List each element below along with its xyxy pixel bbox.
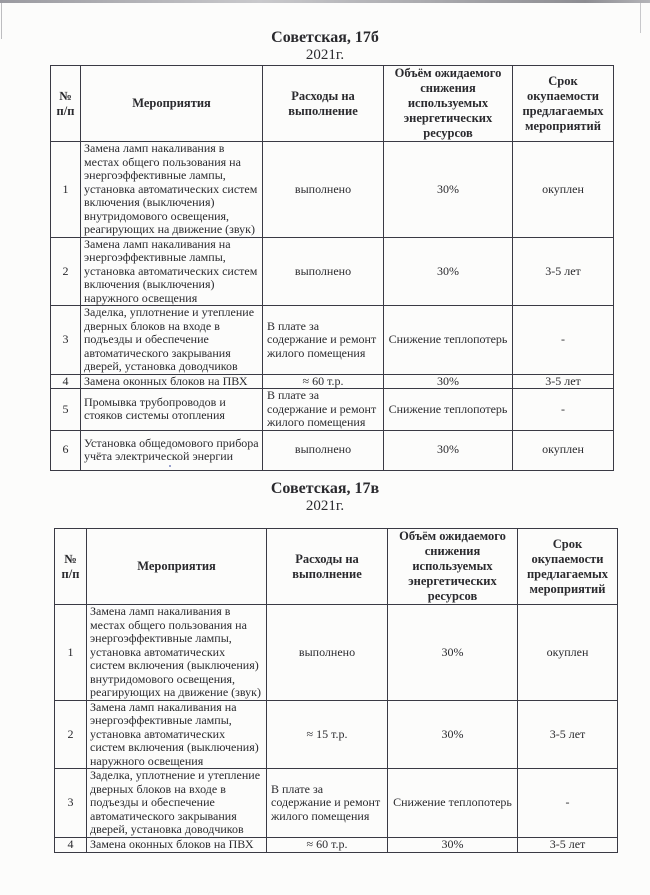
row-cost: выполнено — [263, 430, 384, 470]
row-payback: - — [513, 389, 614, 431]
row-cost: В плате за содержание и ремонт жилого по… — [263, 306, 384, 375]
row-payback: - — [518, 769, 618, 838]
table-row: 3 Заделка, уплотнение и утепление дверны… — [51, 306, 614, 375]
row-payback: - — [513, 306, 614, 375]
table-row: 1 Замена ламп накаливания в местах общег… — [51, 142, 614, 238]
row-activity: Замена ламп накаливания в местах общего … — [87, 605, 267, 701]
row-payback: 3-5 лет — [513, 237, 614, 306]
section-year: 2021г. — [0, 498, 650, 515]
scan-speck — [169, 465, 171, 467]
row-activity: Промывка трубопроводов и стояков системы… — [81, 389, 263, 431]
table-row: 5 Промывка трубопроводов и стояков систе… — [51, 389, 614, 431]
table-header-row: № п/п Мероприятия Расходы на выполнение … — [51, 66, 614, 142]
table-row: 1 Замена ламп накаливания в местах общег… — [55, 605, 618, 701]
table-row: 2 Замена ламп накаливания на энергоэффек… — [51, 237, 614, 306]
scan-edge-top — [0, 0, 650, 3]
row-activity: Замена оконных блоков на ПВХ — [81, 374, 263, 389]
table-row: 4 Замена оконных блоков на ПВХ ≈ 60 т.р.… — [55, 838, 618, 853]
col-header-reduction: Объём ожидаемого снижения используемых э… — [384, 66, 513, 142]
section-heading-17v: Советская, 17в 2021г. — [0, 480, 650, 515]
row-num: 1 — [51, 142, 81, 238]
table-row: 4 Замена оконных блоков на ПВХ ≈ 60 т.р.… — [51, 374, 614, 389]
row-activity: Замена оконных блоков на ПВХ — [87, 838, 267, 853]
row-reduction: 30% — [384, 142, 513, 238]
row-reduction: Снижение теплопотерь — [384, 306, 513, 375]
row-reduction: 30% — [388, 700, 518, 769]
col-header-payback: Срок окупаемости предлагаемых мероприяти… — [513, 66, 614, 142]
row-num: 5 — [51, 389, 81, 431]
row-num: 2 — [55, 700, 87, 769]
col-header-reduction: Объём ожидаемого снижения используемых э… — [388, 529, 518, 605]
row-num: 2 — [51, 237, 81, 306]
col-header-num: № п/п — [55, 529, 87, 605]
row-reduction: Снижение теплопотерь — [388, 769, 518, 838]
row-reduction: Снижение теплопотерь — [384, 389, 513, 431]
row-activity: Заделка, уплотнение и утепление дверных … — [81, 306, 263, 375]
row-reduction: 30% — [384, 374, 513, 389]
table-row: 2 Замена ламп накаливания на энергоэффек… — [55, 700, 618, 769]
row-payback: 3-5 лет — [513, 374, 614, 389]
row-payback: 3-5 лет — [518, 700, 618, 769]
energy-plan-table-17v: № п/п Мероприятия Расходы на выполнение … — [54, 528, 618, 853]
table-row: 3 Заделка, уплотнение и утепление дверны… — [55, 769, 618, 838]
col-header-activity: Мероприятия — [87, 529, 267, 605]
row-num: 3 — [55, 769, 87, 838]
section-address: Советская, 17б — [0, 29, 650, 47]
row-reduction: 30% — [388, 838, 518, 853]
row-cost: выполнено — [267, 605, 388, 701]
row-cost: В плате за содержание и ремонт жилого по… — [267, 769, 388, 838]
row-reduction: 30% — [388, 605, 518, 701]
row-num: 6 — [51, 430, 81, 470]
row-reduction: 30% — [384, 430, 513, 470]
row-activity: Замена ламп накаливания в местах общего … — [81, 142, 263, 238]
row-cost: ≈ 60 т.р. — [267, 838, 388, 853]
energy-plan-table-17b: № п/п Мероприятия Расходы на выполнение … — [50, 65, 614, 471]
col-header-num: № п/п — [51, 66, 81, 142]
row-cost: В плате за содержание и ремонт жилого по… — [263, 389, 384, 431]
col-header-payback: Срок окупаемости предлагаемых мероприяти… — [518, 529, 618, 605]
row-cost: выполнено — [263, 142, 384, 238]
row-payback: окуплен — [518, 605, 618, 701]
row-activity: Заделка, уплотнение и утепление дверных … — [87, 769, 267, 838]
row-num: 3 — [51, 306, 81, 375]
row-activity: Замена ламп накаливания на энергоэффекти… — [87, 700, 267, 769]
table-row: 6 Установка общедомового прибора учёта э… — [51, 430, 614, 470]
row-num: 4 — [55, 838, 87, 853]
row-cost: выполнено — [263, 237, 384, 306]
section-year: 2021г. — [0, 47, 650, 64]
row-cost: ≈ 15 т.р. — [267, 700, 388, 769]
row-num: 4 — [51, 374, 81, 389]
row-activity: Замена ламп накаливания на энергоэффекти… — [81, 237, 263, 306]
row-reduction: 30% — [384, 237, 513, 306]
row-num: 1 — [55, 605, 87, 701]
row-payback: окуплен — [513, 430, 614, 470]
row-cost: ≈ 60 т.р. — [263, 374, 384, 389]
col-header-cost: Расходы на выполнение — [267, 529, 388, 605]
row-payback: 3-5 лет — [518, 838, 618, 853]
table-header-row: № п/п Мероприятия Расходы на выполнение … — [55, 529, 618, 605]
col-header-cost: Расходы на выполнение — [263, 66, 384, 142]
section-address: Советская, 17в — [0, 480, 650, 498]
row-activity: Установка общедомового прибора учёта эле… — [81, 430, 263, 470]
section-heading-17b: Советская, 17б 2021г. — [0, 29, 650, 64]
col-header-activity: Мероприятия — [81, 66, 263, 142]
row-payback: окуплен — [513, 142, 614, 238]
